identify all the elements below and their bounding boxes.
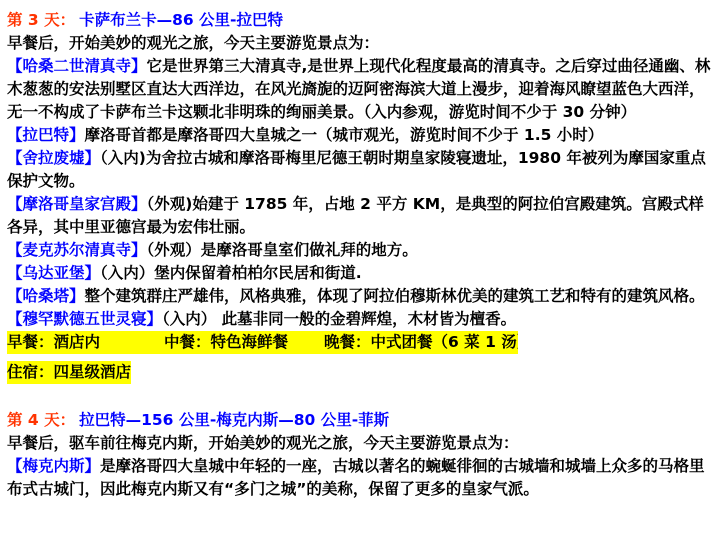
- attraction-name: 【哈桑二世清真寺】: [7, 57, 147, 75]
- attraction-name: 【摩洛哥皇家宫殿】: [7, 195, 147, 213]
- day-4-section: 第 4 天：拉巴特—156 公里-梅克内斯—80 公里-菲斯 早餐后，驱车前往梅…: [7, 409, 717, 501]
- day-4-route: 拉巴特—156 公里-梅克内斯—80 公里-菲斯: [79, 411, 389, 429]
- meals-row: 早餐：酒店内中餐：特色海鲜餐晚餐：中式团餐（6 菜 1 汤）: [7, 331, 717, 361]
- attraction-desc: 摩洛哥首都是摩洛哥四大皇城之一（城市观光，游览时间不少于 1.5 小时）: [85, 126, 604, 144]
- attraction-name: 【麦克苏尔清真寺】: [7, 241, 147, 259]
- attraction-desc: （入内)为舍拉古城和摩洛哥梅里尼德王朝时期皇家陵寝遗址，1980 年被列为摩国家…: [7, 149, 706, 190]
- breakfast-cell: 早餐：酒店内: [7, 331, 164, 354]
- attraction-item: 【舍拉废墟】（入内)为舍拉古城和摩洛哥梅里尼德王朝时期皇家陵寝遗址，1980 年…: [7, 147, 717, 193]
- attraction-name: 【乌达亚堡】: [7, 264, 100, 282]
- attraction-item: 【乌达亚堡】（入内）堡内保留着柏柏尔民居和街道.: [7, 262, 717, 285]
- meals-highlight: 早餐：酒店内中餐：特色海鲜餐晚餐：中式团餐（6 菜 1 汤）: [7, 331, 518, 354]
- attraction-name: 【梅克内斯】: [7, 457, 100, 475]
- day-3-intro: 早餐后，开始美妙的观光之旅，今天主要游览景点为：: [7, 32, 717, 55]
- lunch-cell: 中餐：特色海鲜餐: [164, 331, 324, 354]
- day-4-title: 第 4 天：拉巴特—156 公里-梅克内斯—80 公里-菲斯: [7, 409, 717, 432]
- day-3-route: 卡萨布兰卡—86 公里-拉巴特: [79, 11, 283, 29]
- attraction-name: 【哈桑塔】: [7, 287, 85, 305]
- day-4-intro: 早餐后，驱车前往梅克内斯，开始美妙的观光之旅，今天主要游览景点为：: [7, 432, 717, 455]
- attraction-item: 【梅克内斯】是摩洛哥四大皇城中年轻的一座，古城以著名的蜿蜒徘徊的古城墙和城墙上众…: [7, 455, 717, 501]
- attraction-item: 【麦克苏尔清真寺】（外观）是摩洛哥皇室们做礼拜的地方。: [7, 239, 717, 262]
- itinerary-document: 第 3 天：卡萨布兰卡—86 公里-拉巴特 早餐后，开始美妙的观光之旅，今天主要…: [0, 0, 723, 501]
- day-3-section: 第 3 天：卡萨布兰卡—86 公里-拉巴特 早餐后，开始美妙的观光之旅，今天主要…: [7, 9, 717, 384]
- attraction-name: 【拉巴特】: [7, 126, 85, 144]
- attraction-desc: （外观）是摩洛哥皇室们做礼拜的地方。: [147, 241, 418, 259]
- day-3-label: 第 3 天：: [7, 11, 75, 29]
- day-4-label: 第 4 天：: [7, 411, 75, 429]
- attraction-item: 【摩洛哥皇家宫殿】（外观)始建于 1785 年，占地 2 平方 KM，是典型的阿…: [7, 193, 717, 239]
- attraction-desc: （入内） 此墓非同一般的金碧辉煌，木材皆为檀香。: [162, 310, 516, 328]
- attraction-name: 【舍拉废墟】: [7, 149, 100, 167]
- day-3-title: 第 3 天：卡萨布兰卡—86 公里-拉巴特: [7, 9, 717, 32]
- attraction-name: 【穆罕默德五世灵寝】: [7, 310, 162, 328]
- lodging-highlight: 住宿：四星级酒店: [7, 361, 131, 384]
- lodging-row: 住宿：四星级酒店: [7, 361, 717, 384]
- attraction-item: 【拉巴特】摩洛哥首都是摩洛哥四大皇城之一（城市观光，游览时间不少于 1.5 小时…: [7, 124, 717, 147]
- attraction-item: 【哈桑塔】整个建筑群庄严雄伟，风格典雅，体现了阿拉伯穆斯林优美的建筑工艺和特有的…: [7, 285, 717, 308]
- attraction-item: 【穆罕默德五世灵寝】（入内） 此墓非同一般的金碧辉煌，木材皆为檀香。: [7, 308, 717, 331]
- attraction-desc: （入内）堡内保留着柏柏尔民居和街道.: [100, 264, 362, 282]
- attraction-desc: 整个建筑群庄严雄伟，风格典雅，体现了阿拉伯穆斯林优美的建筑工艺和特有的建筑风格。: [85, 287, 705, 305]
- attraction-desc: 是摩洛哥四大皇城中年轻的一座，古城以著名的蜿蜒徘徊的古城墙和城墙上众多的马格里布…: [7, 457, 705, 498]
- attraction-item: 【哈桑二世清真寺】它是世界第三大清真寺,是世界上现代化程度最高的清真寺。之后穿过…: [7, 55, 717, 124]
- dinner-cell: 晚餐：中式团餐（6 菜 1 汤）: [324, 331, 518, 354]
